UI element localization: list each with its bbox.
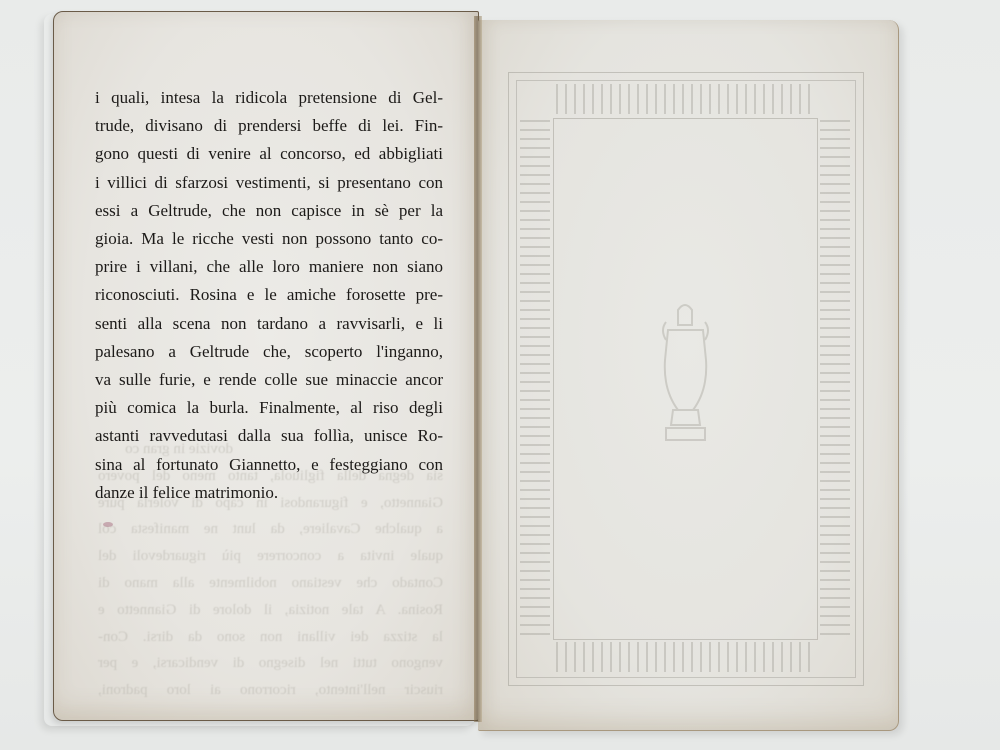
text-line: danze il felice matrimonio. <box>95 479 443 507</box>
text-line: essi a Geltrude, che non capisce in sè p… <box>95 197 443 225</box>
frame-ribs-bottom <box>556 642 816 672</box>
frame-ribs-top <box>556 84 816 114</box>
urn-vignette-icon <box>648 300 723 450</box>
page-text: i quali, intesa la ridicola pretensione … <box>95 84 443 507</box>
text-line: astanti ravvedutasi dalla sua follìa, un… <box>95 422 443 450</box>
frame-ribs-left <box>520 120 550 636</box>
text-line: trude, divisano di prendersi beffe di le… <box>95 112 443 140</box>
text-line: i villici di sfarzosi vestimenti, si pre… <box>95 169 443 197</box>
text-line: va sulle furie, e rende colle sue minacc… <box>95 366 443 394</box>
book-gutter <box>474 16 482 722</box>
text-line: gono questi di venire al concorso, ed ab… <box>95 140 443 168</box>
frame-ribs-right <box>820 120 850 636</box>
text-line: più comica la burla. Finalmente, al riso… <box>95 394 443 422</box>
text-line: sina al fortunato Giannetto, e festeggia… <box>95 451 443 479</box>
text-line: senti alla scena non tardano a ravvisarl… <box>95 310 443 338</box>
ink-stain <box>103 522 113 527</box>
text-line: palesano a Geltrude che, scoperto l'inga… <box>95 338 443 366</box>
text-line: riconosciuti. Rosina e le amiche foroset… <box>95 281 443 309</box>
text-line: i quali, intesa la ridicola pretensione … <box>95 84 443 112</box>
text-line: gioia. Ma le ricche vesti non possono ta… <box>95 225 443 253</box>
text-line: prire i villani, che alle loro maniere n… <box>95 253 443 281</box>
